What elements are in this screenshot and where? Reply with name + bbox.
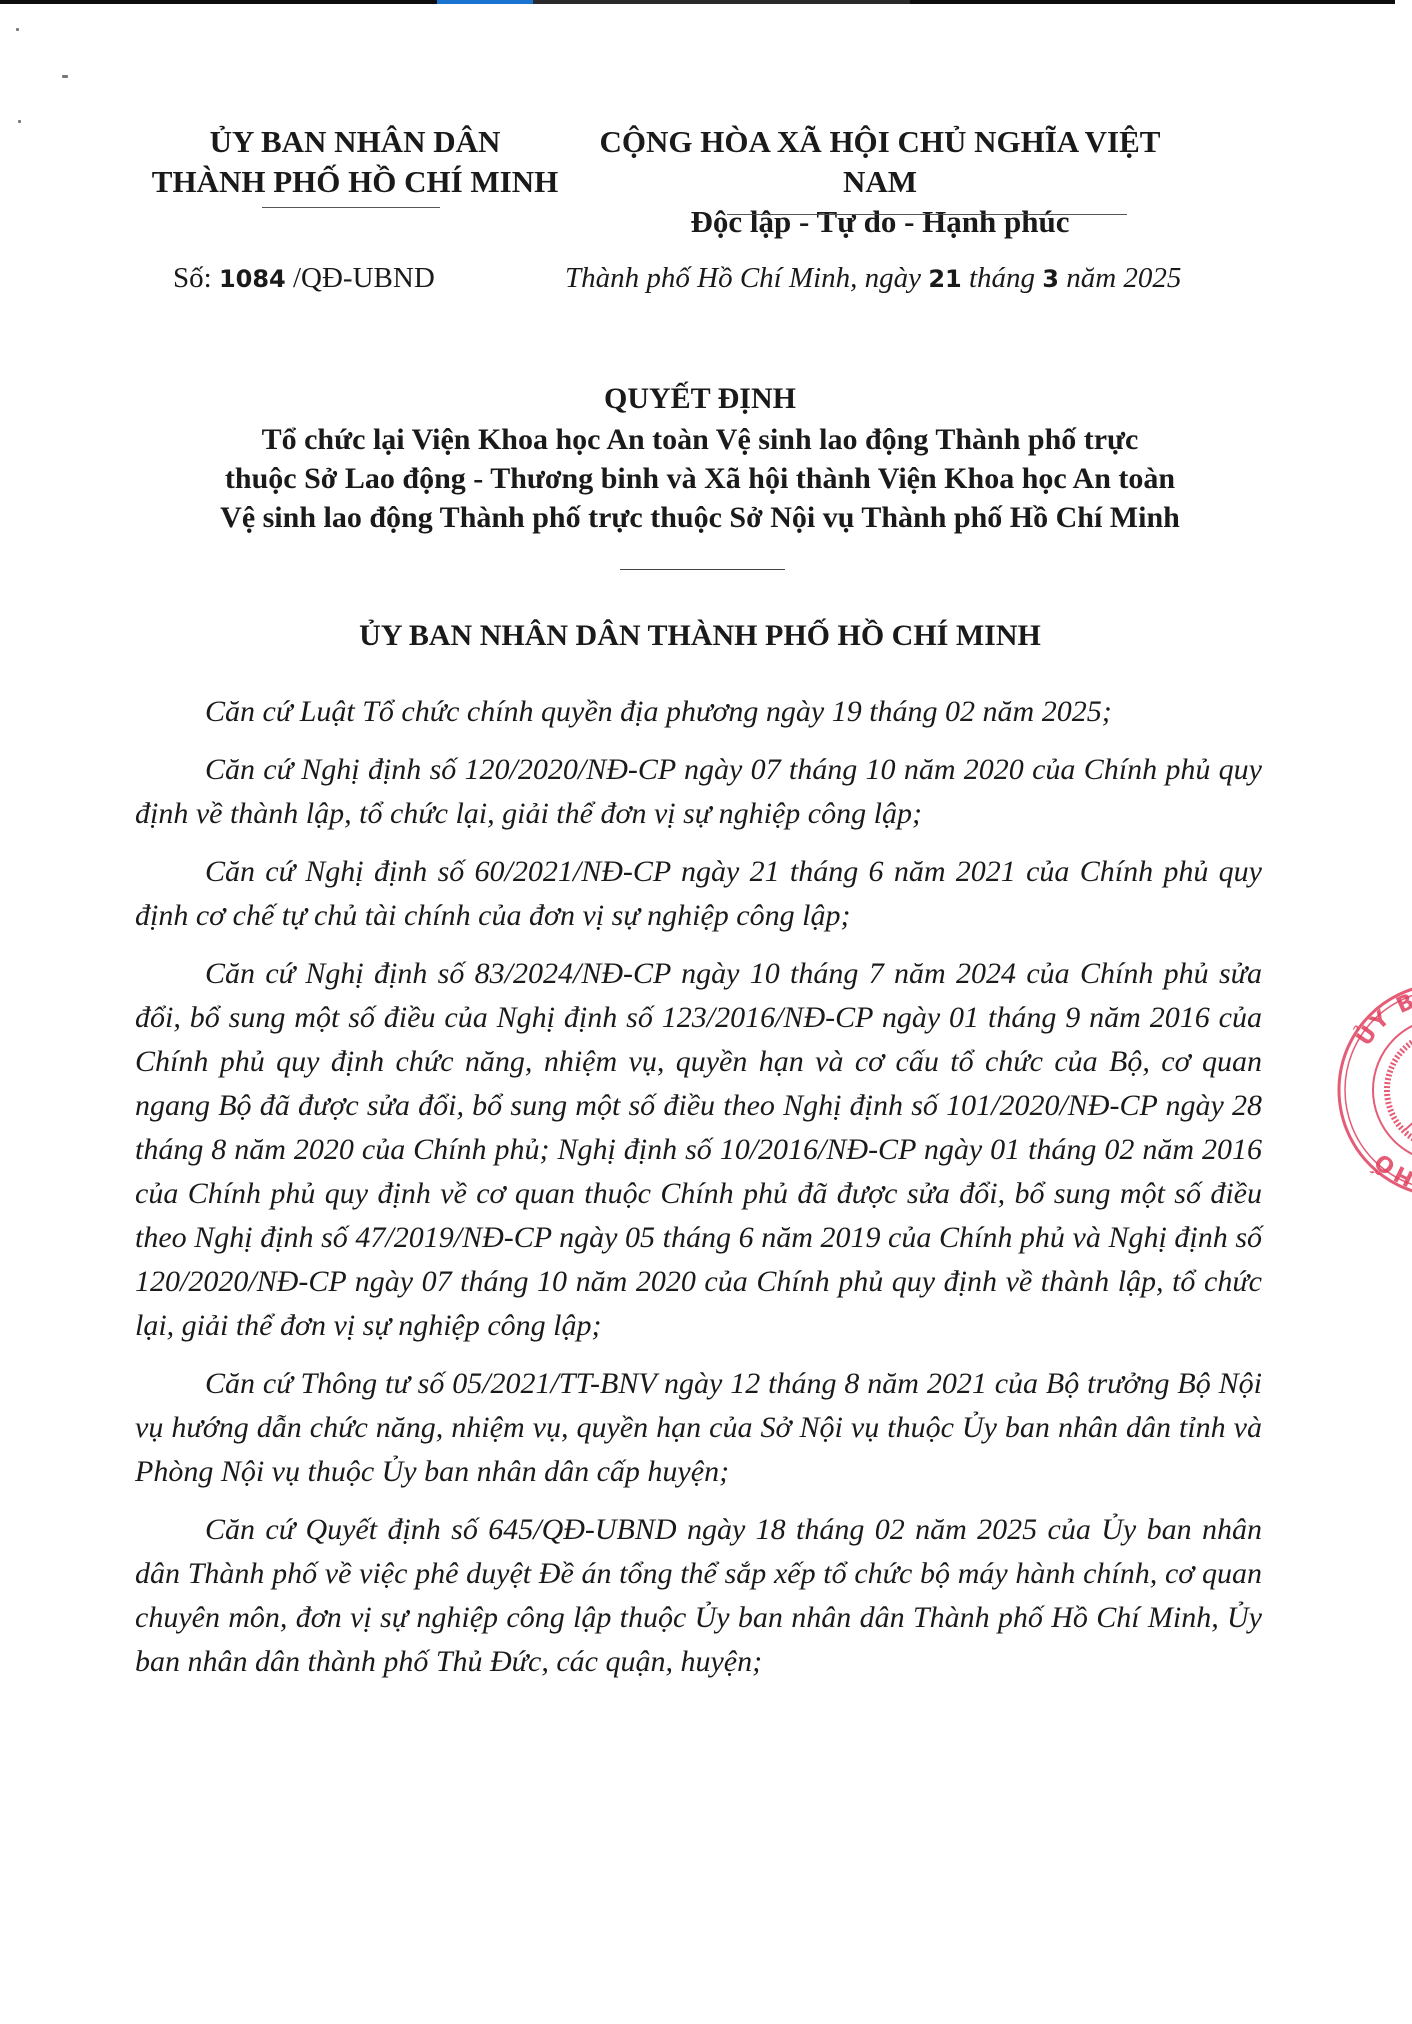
scan-speck — [16, 28, 19, 31]
progress-fill — [437, 0, 533, 4]
national-motto-header: CỘNG HÒA XÃ HỘI CHỦ NGHĨA VIỆT NAM Độc l… — [560, 122, 1200, 242]
preamble-paragraph: Căn cứ Quyết định số 645/QĐ-UBND ngày 18… — [135, 1508, 1262, 1684]
preamble-paragraph: Căn cứ Nghị định số 60/2021/NĐ-CP ngày 2… — [135, 850, 1262, 938]
progress-track — [533, 0, 910, 4]
place-and-date: Thành phố Hồ Chí Minh, ngày 21 tháng 3 n… — [565, 258, 1181, 299]
viewer-progress-bar — [0, 0, 1395, 4]
seal-icon: ỦY BAN NHÂN DÂN THÀNH PHỐ — [1335, 980, 1412, 1200]
preamble-paragraph: Căn cứ Nghị định số 120/2020/NĐ-CP ngày … — [135, 748, 1262, 836]
title-main: QUYẾT ĐỊNH — [120, 378, 1280, 420]
title-divider — [620, 569, 785, 570]
handwritten-number: 1084 — [219, 265, 286, 293]
handwritten-day: 21 — [928, 265, 961, 293]
motto-underline — [727, 214, 1127, 215]
decision-title: QUYẾT ĐỊNH Tổ chức lại Viện Khoa học An … — [120, 378, 1280, 537]
issuer-heading: ỦY BAN NHÂN DÂN THÀNH PHỐ HỒ CHÍ MINH — [120, 614, 1280, 658]
preamble-paragraph: Căn cứ Nghị định số 83/2024/NĐ-CP ngày 1… — [135, 952, 1262, 1348]
title-subtitle-line: Tổ chức lại Viện Khoa học An toàn Vệ sin… — [120, 420, 1280, 459]
handwritten-month: 3 — [1042, 265, 1059, 293]
preamble: Căn cứ Luật Tổ chức chính quyền địa phươ… — [135, 690, 1262, 1698]
scan-speck — [62, 75, 68, 78]
authority-underline — [262, 207, 440, 208]
authority-line-1: ỦY BAN NHÂN DÂN — [125, 122, 585, 162]
document-number: Số: 1084 /QĐ-UBND — [173, 258, 435, 299]
issuing-authority-header: ỦY BAN NHÂN DÂN THÀNH PHỐ HỒ CHÍ MINH — [125, 122, 585, 202]
scan-speck — [18, 120, 21, 123]
authority-line-2: THÀNH PHỐ HỒ CHÍ MINH — [125, 162, 585, 202]
svg-text:ỦY BAN NHÂN DÂN THÀNH PHỐ: ỦY BAN NHÂN DÂN THÀNH PHỐ — [1349, 983, 1412, 1198]
preamble-paragraph: Căn cứ Thông tư số 05/2021/TT-BNV ngày 1… — [135, 1362, 1262, 1494]
preamble-paragraph: Căn cứ Luật Tổ chức chính quyền địa phươ… — [135, 690, 1262, 734]
motto: Độc lập - Tự do - Hạnh phúc — [560, 202, 1200, 242]
country-name: CỘNG HÒA XÃ HỘI CHỦ NGHĨA VIỆT NAM — [560, 122, 1200, 202]
title-subtitle-line: thuộc Sở Lao động - Thương binh và Xã hộ… — [120, 459, 1280, 498]
title-subtitle-line: Vệ sinh lao động Thành phố trực thuộc Sở… — [120, 498, 1280, 537]
